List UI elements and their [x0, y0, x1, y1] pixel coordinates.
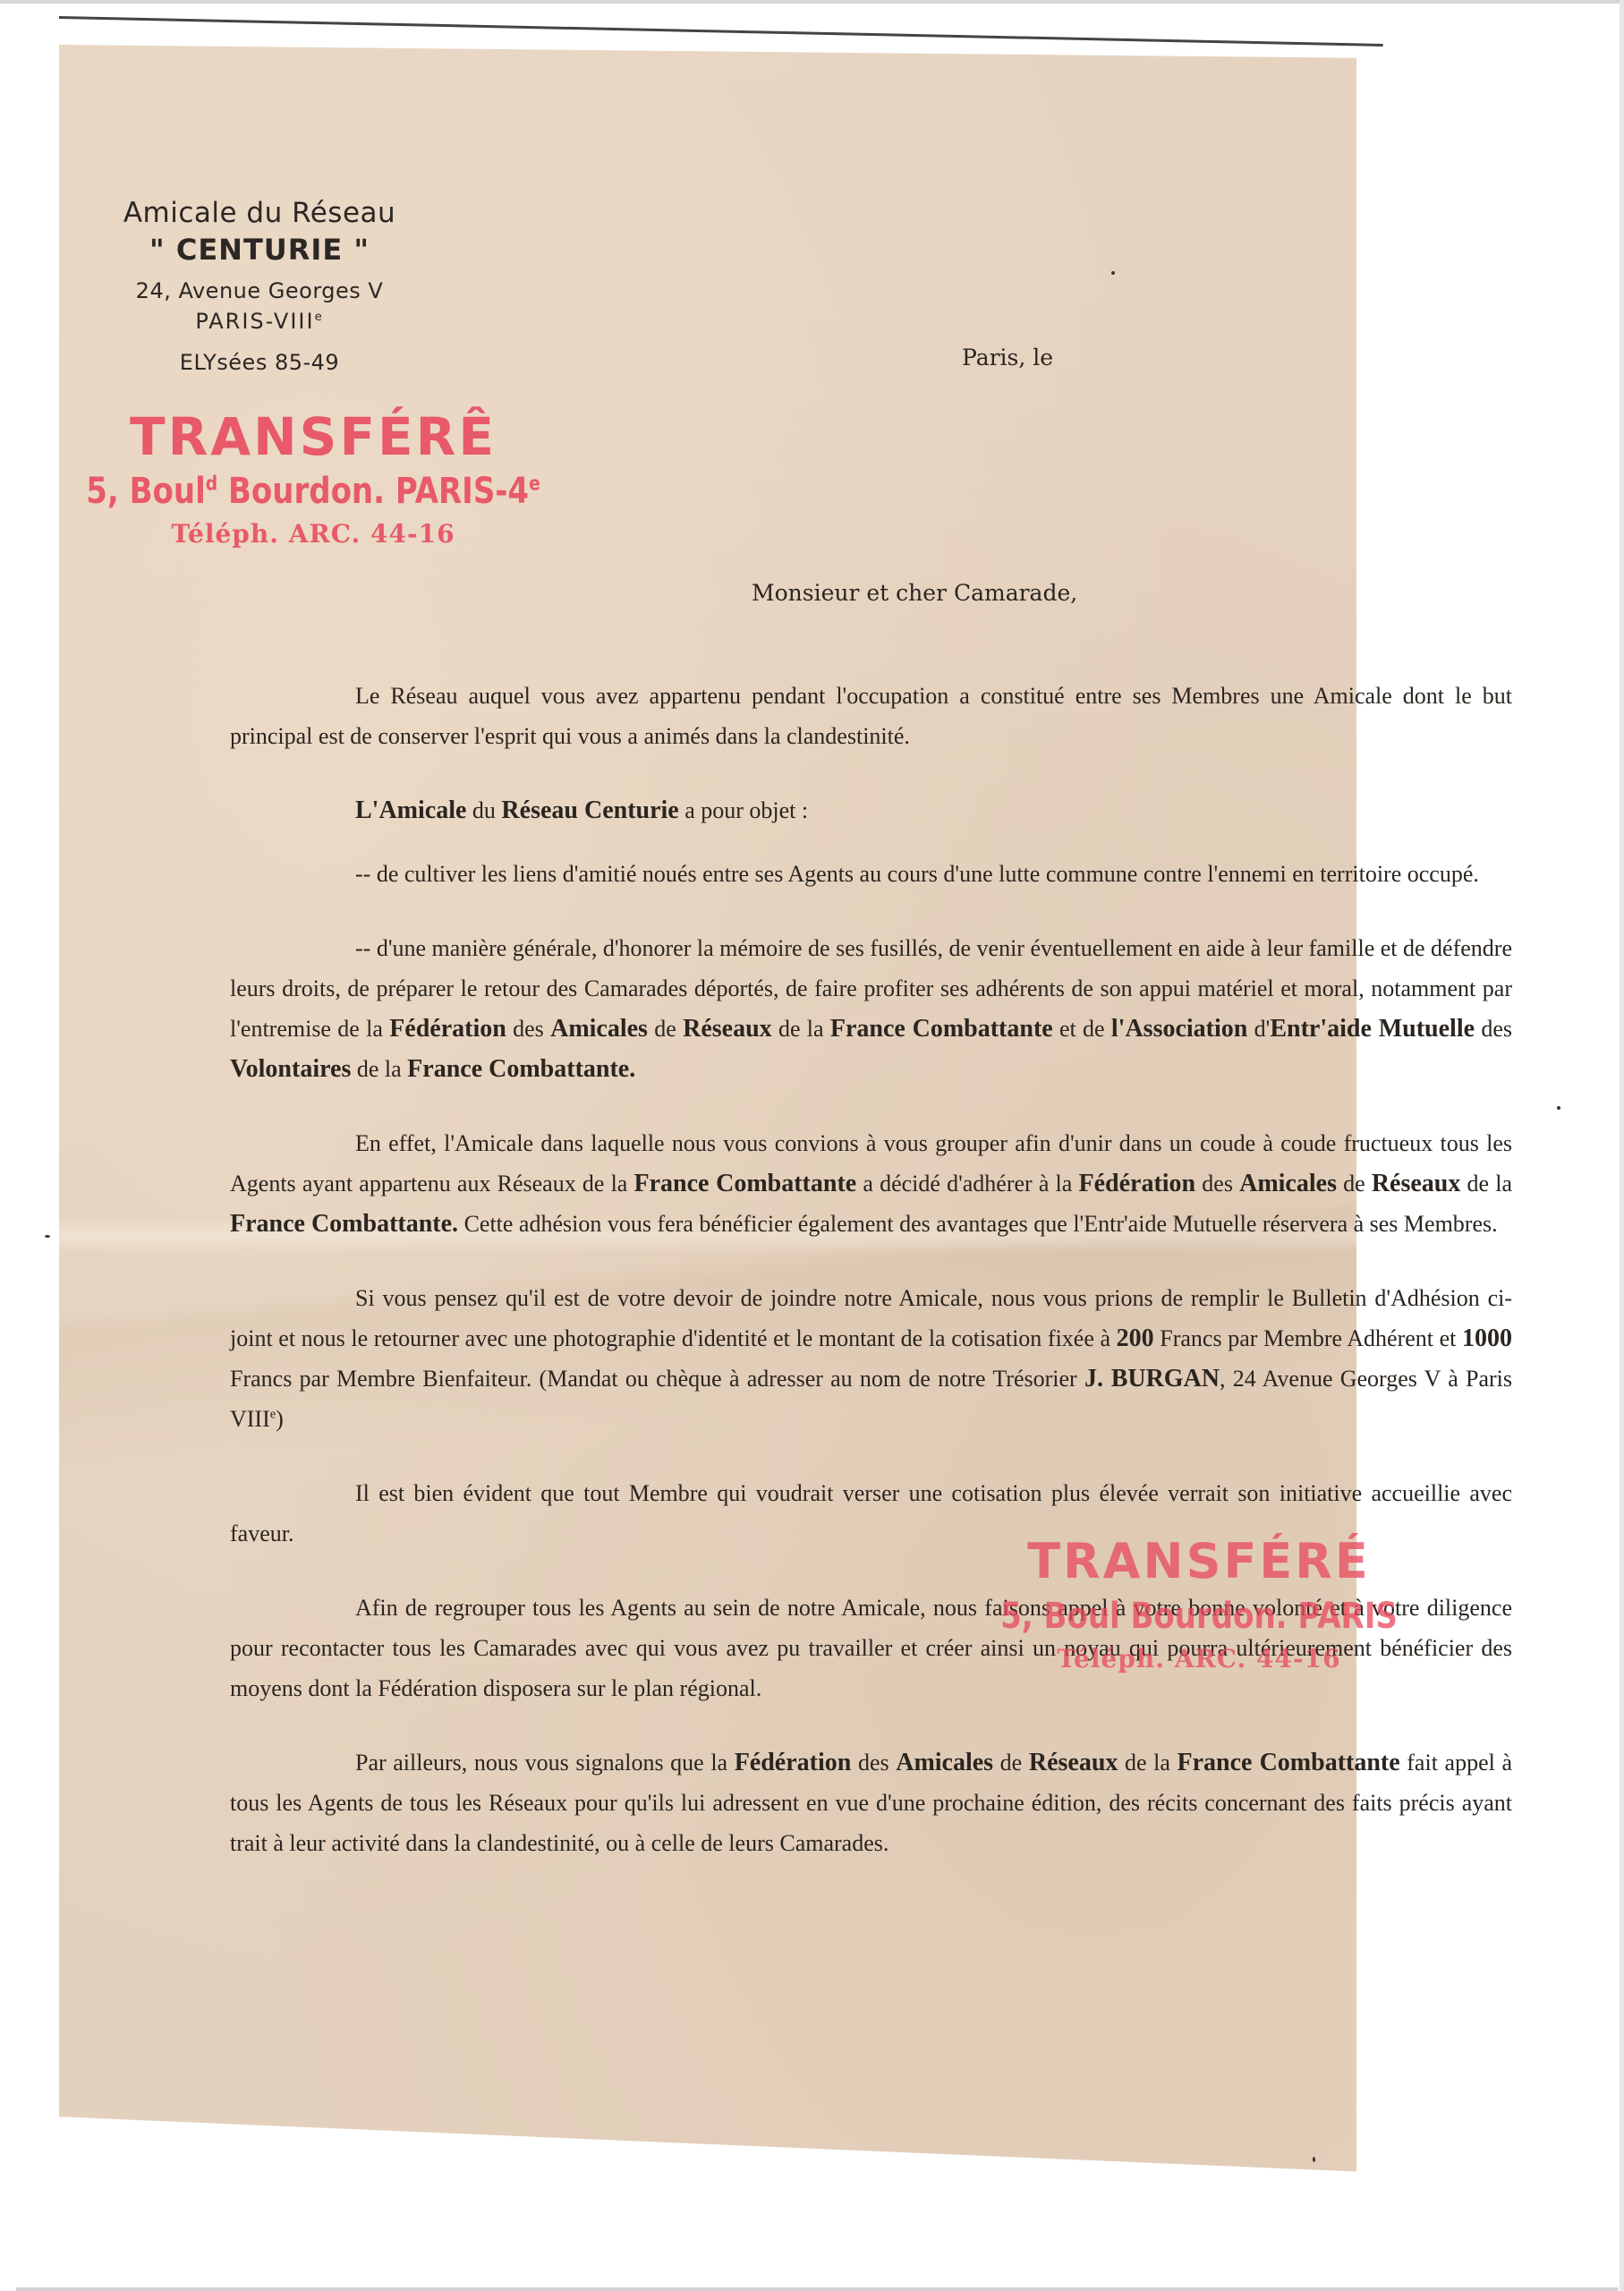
text: de la	[1118, 1750, 1177, 1776]
bold-text: Réseaux	[683, 1015, 772, 1043]
paragraph-federation: En effet, l'Amicale dans laquelle nous v…	[230, 1123, 1512, 1244]
bold-text: J. BURGAN	[1084, 1365, 1220, 1392]
letterhead-city: PARIS-VIIIe	[94, 306, 425, 336]
text: Francs par Membre Bienfaiteur. (Mandat o…	[230, 1366, 1084, 1392]
text: des	[506, 1016, 550, 1042]
bold-text: Amicales	[550, 1015, 648, 1043]
text: Francs par Membre Adhérent et	[1154, 1325, 1462, 1351]
dateline: Paris, le	[962, 345, 1053, 370]
paper-speck	[1557, 1106, 1560, 1110]
letterhead-network-name: " CENTURIE "	[94, 231, 425, 268]
text: de la	[351, 1056, 407, 1082]
paragraph-stories: Par ailleurs, nous vous signalons que la…	[230, 1742, 1512, 1863]
bold-text: Entr'aide Mutuelle	[1270, 1015, 1475, 1043]
letterhead-organization: Amicale du Réseau	[94, 195, 425, 231]
bold-text: 200	[1117, 1324, 1154, 1352]
city-superscript: e	[315, 311, 324, 324]
stamp-address: 5, Bould Bourdon. PARIS-4e	[78, 466, 549, 516]
letter-body: Le Réseau auquel vous avez appartenu pen…	[230, 676, 1512, 1897]
text: a décidé d'adhérer à la	[856, 1171, 1078, 1197]
paper-speck	[1313, 2157, 1315, 2162]
bold-text: France Combattante.	[230, 1210, 458, 1238]
text: des	[1475, 1016, 1512, 1042]
text: d'	[1247, 1016, 1270, 1042]
scan-edge-top	[0, 0, 1624, 4]
scan-edge-bottom	[16, 2287, 1618, 2291]
text: et de	[1053, 1016, 1111, 1042]
paragraph-objective-1: -- de cultiver les liens d'amitié noués …	[230, 854, 1512, 894]
paper-speck	[45, 1235, 50, 1238]
transfer-stamp-top: TRANSFÉRÊ 5, Bould Bourdon. PARIS-4e Tél…	[36, 407, 591, 552]
letterhead-address: 24, Avenue Georges V	[94, 276, 425, 306]
paragraph-intro: Le Réseau auquel vous avez appartenu pen…	[230, 676, 1512, 756]
stamp-phone: Téléph. ARC. 44-16	[36, 516, 591, 552]
paragraph-membership: Si vous pensez qu'il est de votre devoir…	[230, 1278, 1512, 1439]
stamp-phone: Téléph. ARC. 44-16	[922, 1641, 1476, 1677]
paragraph-objet: L'Amicale du Réseau Centurie a pour obje…	[230, 790, 1512, 830]
bold-text: Réseaux	[1029, 1749, 1118, 1776]
text: de	[1337, 1171, 1372, 1197]
city-text: PARIS-VIII	[195, 309, 314, 334]
paragraph-objective-2: -- d'une manière générale, d'honorer la …	[230, 928, 1512, 1089]
bold-text: France Combattante	[1178, 1749, 1400, 1776]
bold-text: France Combattante.	[407, 1055, 635, 1083]
scanner-rule-line	[59, 16, 1383, 47]
bold-text: Amicales	[896, 1749, 993, 1776]
text: de la	[772, 1016, 830, 1042]
text: de	[648, 1016, 683, 1042]
letterhead: Amicale du Réseau " CENTURIE " 24, Avenu…	[94, 195, 425, 378]
text: de la	[1460, 1171, 1512, 1197]
text: du	[466, 797, 501, 823]
stamp-address-part: 5, Boul	[86, 471, 206, 512]
text: a pour objet :	[679, 797, 808, 823]
bold-text: France Combattante	[830, 1015, 1053, 1043]
text: des	[851, 1750, 896, 1776]
bold-text: Amicales	[1239, 1170, 1337, 1197]
stamp-address-sup: e	[529, 473, 540, 496]
stamp-address: 5, Boul Bourdon. PARIS	[964, 1591, 1435, 1641]
text: de	[993, 1750, 1029, 1776]
letterhead-phone: ELYsées 85-49	[94, 347, 425, 378]
scan-edge-right	[1620, 0, 1624, 2291]
bold-text: Fédération	[389, 1015, 506, 1043]
bold-text: 1000	[1462, 1324, 1512, 1352]
text: des	[1195, 1171, 1239, 1197]
bold-text: France Combattante	[634, 1170, 857, 1197]
paper-speck	[1111, 271, 1115, 275]
bold-text: Réseau Centurie	[501, 796, 678, 824]
stamp-address-part: Bourdon. PARIS-4	[217, 471, 529, 512]
text: Cette adhésion vous fera bénéficier égal…	[458, 1211, 1498, 1237]
stamp-address-sup: d	[206, 473, 217, 496]
text: Par ailleurs, nous vous signalons que la	[355, 1750, 735, 1776]
transfer-stamp-bottom: TRANSFÉRÉ 5, Boul Bourdon. PARIS Téléph.…	[922, 1532, 1476, 1677]
bold-text: Réseaux	[1372, 1170, 1461, 1197]
stamp-title: TRANSFÉRÊ	[36, 407, 591, 466]
bold-text: Fédération	[1078, 1170, 1195, 1197]
text: )	[276, 1406, 284, 1432]
salutation: Monsieur et cher Camarade,	[752, 580, 1077, 606]
bold-text: Volontaires	[230, 1055, 351, 1083]
bold-text: Fédération	[735, 1749, 852, 1776]
bold-text: L'Amicale	[355, 796, 466, 824]
bold-text: l'Association	[1111, 1015, 1247, 1043]
stamp-title: TRANSFÉRÉ	[922, 1532, 1476, 1591]
